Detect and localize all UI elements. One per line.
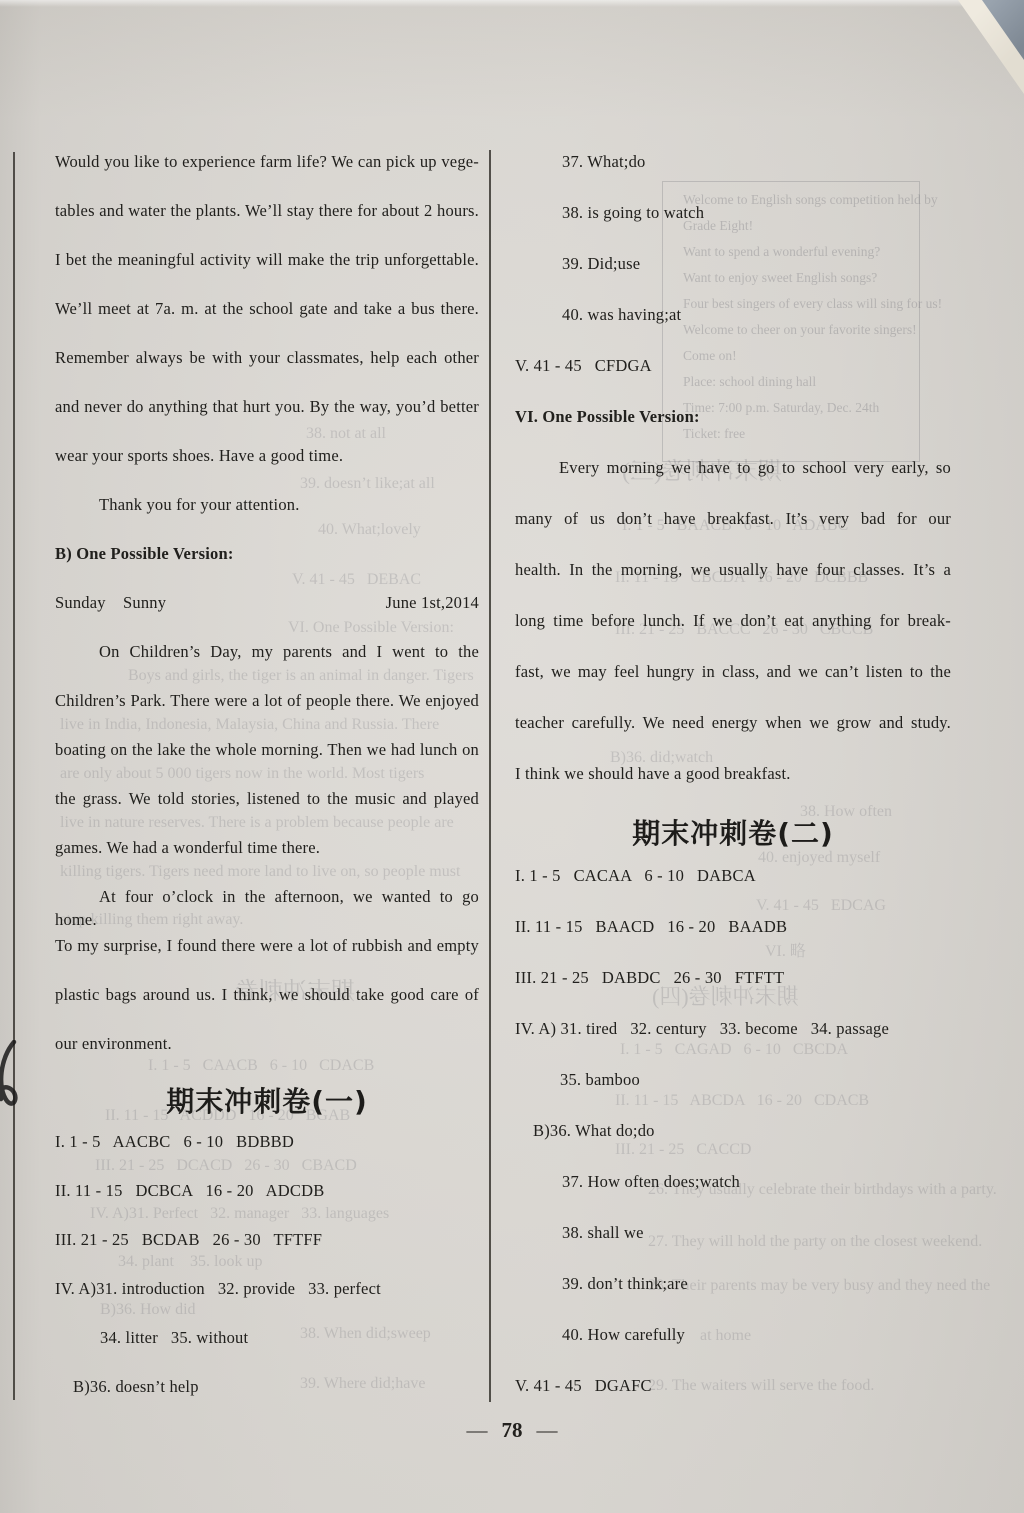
text-line: long time before lunch. If we don’t eat … (515, 609, 951, 632)
text-line: 40. was having;at (515, 303, 951, 326)
text-line: Every morning we have to go to school ve… (515, 456, 951, 479)
text-line: games. We had a wonderful time there. (55, 836, 479, 859)
text-line: 40. How carefully (515, 1323, 951, 1346)
text-line: our environment. (55, 1032, 479, 1055)
text-line: Children’s Park. There were a lot of peo… (55, 689, 479, 712)
page-number: —78— (0, 1418, 1024, 1443)
text-line: I think we should have a good breakfast. (515, 762, 951, 785)
column-divider-line (489, 150, 491, 1402)
date-weekday-weather: Sunday Sunny (55, 591, 166, 614)
text-line: II. 11 - 15 DCBCA 16 - 20 ADCDB (55, 1179, 479, 1202)
text-line: teacher carefully. We need energy when w… (515, 711, 951, 734)
text-line: II. 11 - 15 BAACD 16 - 20 BAADB (515, 915, 951, 938)
text-line: 期末冲刺卷(一) (55, 1086, 479, 1118)
text-line: To my surprise, I found there were a lot… (55, 934, 479, 957)
text-line: B)36. doesn’t help (55, 1375, 479, 1398)
text-line: 34. litter 35. without (55, 1326, 479, 1349)
text-line: B) One Possible Version: (55, 542, 479, 565)
text-line: plastic bags around us. I think, we shou… (55, 983, 479, 1006)
page-number-value: 78 (502, 1418, 523, 1442)
text-line: We’ll meet at 7a. m. at the school gate … (55, 297, 479, 320)
text-line: I. 1 - 5 AACBC 6 - 10 BDBBD (55, 1130, 479, 1153)
text-line: V. 41 - 45 DGAFC (515, 1374, 951, 1397)
text-line: 39. Did;use (515, 252, 951, 275)
text-line: At four o’clock in the afternoon, we wan… (55, 885, 479, 931)
text-line: 期末冲刺卷(二) (515, 818, 951, 850)
right-column: 37. What;do38. is going to watch39. Did;… (515, 0, 951, 1513)
text-line: 38. is going to watch (515, 201, 951, 224)
text-line: VI. One Possible Version: (515, 405, 951, 428)
text-line: boating on the lake the whole morning. T… (55, 738, 479, 761)
text-line: and never do anything that hurt you. By … (55, 395, 479, 418)
text-line: 37. What;do (515, 150, 951, 173)
page-number-dash-left: — (467, 1418, 488, 1442)
text-line: 35. bamboo (515, 1068, 951, 1091)
text-line: IV. A)31. introduction 32. provide 33. p… (55, 1277, 479, 1300)
text-line: many of us don’t have breakfast. It’s ve… (515, 507, 951, 530)
left-column: Would you like to experience farm life? … (55, 0, 479, 1513)
text-line: III. 21 - 25 DABDC 26 - 30 FTFTT (515, 966, 951, 989)
text-line: B)36. What do;do (515, 1119, 951, 1142)
text-line: Remember always be with your classmates,… (55, 346, 479, 369)
text-line: V. 41 - 45 CFDGA (515, 354, 951, 377)
text-line: the grass. We told stories, listened to … (55, 787, 479, 810)
scanned-page: Welcome to English songs competition hel… (0, 0, 1024, 1513)
text-line: tables and water the plants. We’ll stay … (55, 199, 479, 222)
text-line: IV. A) 31. tired 32. century 33. become … (515, 1017, 951, 1040)
text-line: Sunday SunnyJune 1st,2014 (55, 591, 479, 614)
left-border-line (13, 152, 15, 1400)
text-line: Would you like to experience farm life? … (55, 150, 479, 173)
text-line: I. 1 - 5 CACAA 6 - 10 DABCA (515, 864, 951, 887)
text-line: Thank you for your attention. (55, 493, 479, 516)
text-line: health. In the morning, we usually have … (515, 558, 951, 581)
handwritten-mark (0, 1040, 26, 1116)
page-number-dash-right: — (537, 1418, 558, 1442)
text-line: I bet the meaningful activity will make … (55, 248, 479, 271)
text-line: III. 21 - 25 BCDAB 26 - 30 TFTFF (55, 1228, 479, 1251)
date-value: June 1st,2014 (386, 591, 479, 614)
text-line: 37. How often does;watch (515, 1170, 951, 1193)
text-line: 39. don’t think;are (515, 1272, 951, 1295)
text-line: On Children’s Day, my parents and I went… (55, 640, 479, 663)
text-line: 38. shall we (515, 1221, 951, 1244)
text-line: fast, we may feel hungry in class, and w… (515, 660, 951, 683)
text-line: wear your sports shoes. Have a good time… (55, 444, 479, 467)
